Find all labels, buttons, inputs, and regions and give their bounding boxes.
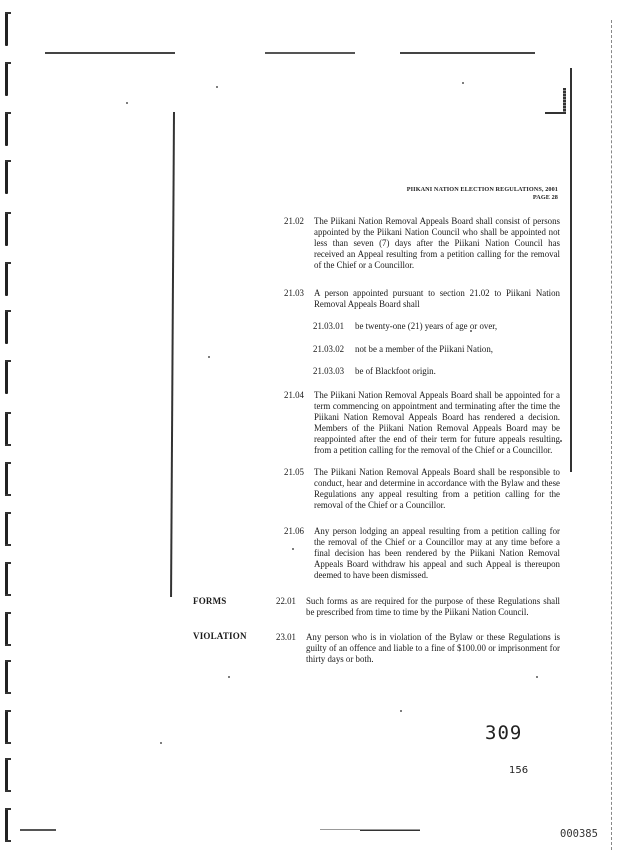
section-21-06: 21.06 Any person lodging an appeal resul… (284, 526, 560, 581)
section-23-01: 23.01 Any person who is in violation of … (276, 632, 560, 665)
subitem-text: be twenty-one (21) years of age or over, (355, 321, 497, 331)
side-heading-violation: VIOLATION (193, 631, 247, 641)
binder-hole-mark (5, 160, 8, 194)
binder-hole-mark (5, 62, 8, 96)
top-rule (45, 52, 175, 54)
section-number: 23.01 (276, 632, 296, 643)
side-heading-forms: FORMS (193, 596, 227, 606)
margin-rule-right (570, 68, 572, 472)
speck (228, 676, 230, 678)
subitem-21-03-01: 21.03.01be twenty-one (21) years of age … (313, 321, 497, 332)
subitem-text: be of Blackfoot origin. (355, 366, 436, 376)
section-21-02: 21.02 The Piikani Nation Removal Appeals… (284, 216, 560, 271)
section-text: Any person who is in violation of the By… (306, 632, 560, 665)
handwritten-page-number: 309 (485, 722, 522, 744)
section-number: 21.03 (284, 288, 304, 299)
speck (216, 86, 218, 88)
binder-hole-mark (5, 758, 8, 792)
binder-hole-mark (5, 462, 8, 496)
bottom-rule (20, 829, 56, 831)
margin-rule-left (170, 112, 175, 597)
section-number: 21.06 (284, 526, 304, 537)
subitem-number: 21.03.03 (313, 366, 355, 377)
bates-number: 000385 (560, 828, 598, 840)
running-head: PIIKANI NATION ELECTION REGULATIONS, 200… (380, 186, 558, 202)
section-text: Any person lodging an appeal resulting f… (314, 526, 560, 581)
section-text: The Piikani Nation Removal Appeals Board… (314, 216, 560, 271)
section-text: Such forms as are required for the purpo… (306, 596, 560, 618)
section-text: The Piikani Nation Removal Appeals Board… (314, 390, 560, 456)
speck (400, 710, 402, 712)
subitem-number: 21.03.02 (313, 344, 355, 355)
section-21-05: 21.05 The Piikani Nation Removal Appeals… (284, 467, 560, 511)
speck (160, 742, 162, 744)
corner-mark (545, 112, 565, 114)
speck (208, 356, 210, 358)
top-rule (265, 52, 355, 54)
running-head-title: PIIKANI NATION ELECTION REGULATIONS, 200… (380, 186, 558, 194)
binder-hole-mark (5, 412, 8, 446)
top-rule (400, 52, 535, 54)
binder-hole-mark (5, 562, 8, 596)
section-text: The Piikani Nation Removal Appeals Board… (314, 467, 560, 511)
subitem-number: 21.03.01 (313, 321, 355, 332)
binder-hole-mark (5, 310, 8, 344)
speck (560, 440, 562, 442)
section-number: 22.01 (276, 596, 296, 607)
binder-hole-mark (5, 660, 8, 694)
subitem-21-03-02: 21.03.02not be a member of the Piikani N… (313, 344, 493, 355)
corner-mark (563, 88, 566, 114)
binder-hole-mark (5, 12, 8, 46)
binder-hole-mark (5, 710, 8, 744)
binder-hole-mark (5, 112, 8, 146)
binder-hole-mark (5, 262, 8, 296)
section-number: 21.05 (284, 467, 304, 478)
section-text: A person appointed pursuant to section 2… (314, 288, 560, 310)
binder-hole-mark (5, 360, 8, 394)
subitem-text: not be a member of the Piikani Nation, (355, 344, 493, 354)
binder-hole-mark (5, 512, 8, 546)
section-number: 21.02 (284, 216, 304, 227)
section-number: 21.04 (284, 390, 304, 401)
section-21-04: 21.04 The Piikani Nation Removal Appeals… (284, 390, 560, 456)
running-head-page: PAGE 28 (380, 194, 558, 202)
page-edge (611, 20, 612, 850)
section-22-01: 22.01 Such forms as are required for the… (276, 596, 560, 618)
subitem-21-03-03: 21.03.03be of Blackfoot origin. (313, 366, 436, 377)
bottom-rule (320, 829, 420, 830)
speck (126, 102, 128, 104)
section-21-03: 21.03 A person appointed pursuant to sec… (284, 288, 560, 310)
binder-hole-mark (5, 212, 8, 246)
binder-hole-mark (5, 612, 8, 646)
speck (462, 82, 464, 84)
speck (536, 676, 538, 678)
page-number: 156 (509, 765, 528, 776)
binder-hole-mark (5, 808, 8, 842)
